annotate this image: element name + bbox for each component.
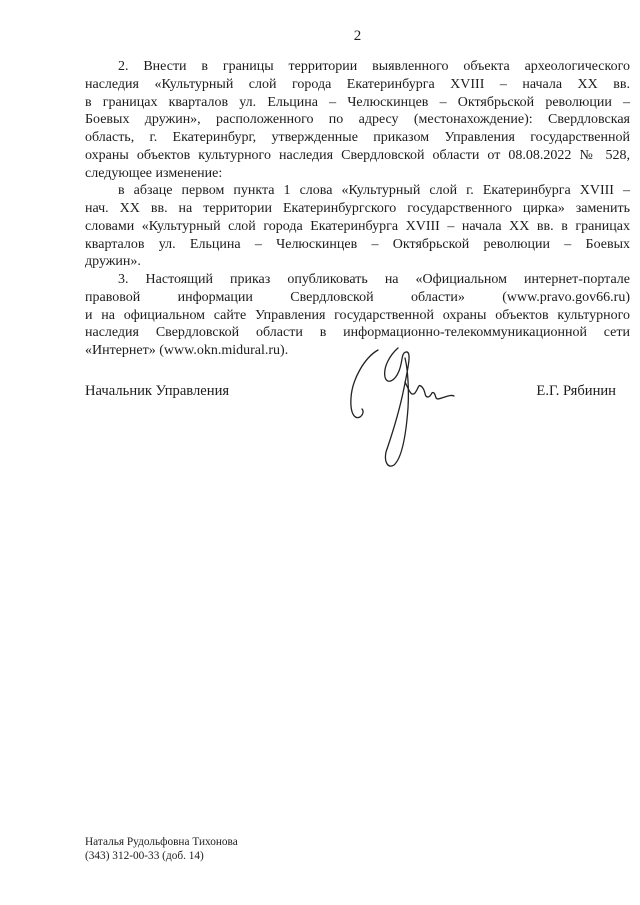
text-line: дружин».	[85, 253, 630, 271]
signatory-title: Начальник Управления	[85, 382, 229, 400]
handwritten-signature-icon	[346, 340, 458, 478]
executor-footer: Наталья Рудольфовна Тихонова (343) 312-0…	[85, 836, 238, 863]
text-line: охраны объектов культурного наследия Све…	[85, 147, 630, 165]
text-line: «Интернет» (www.okn.midural.ru).	[85, 342, 630, 360]
executor-phone: (343) 312-00-33 (доб. 14)	[85, 850, 238, 864]
text-line: следующее изменение:	[85, 165, 630, 183]
paragraph: в абзаце первом пункта 1 слова «Культурн…	[85, 182, 630, 271]
text-line: и на официальном сайте Управления госуда…	[85, 307, 630, 325]
text-line: правовой информации Свердловской области…	[85, 289, 630, 307]
text-line: 2. Внести в границы территории выявленно…	[85, 58, 630, 76]
text-line: кварталов ул. Ельцина – Челюскинцев – Ок…	[85, 236, 630, 254]
paragraph: 3. Настоящий приказ опубликовать на «Офи…	[85, 271, 630, 360]
text-line: наследия Свердловской области в информац…	[85, 324, 630, 342]
signature-stroke-center-loop	[385, 348, 409, 466]
paragraph: 2. Внести в границы территории выявленно…	[85, 58, 630, 182]
signature-row: Начальник Управления Е.Г. Рябинин	[85, 382, 630, 400]
page-number: 2	[85, 27, 630, 45]
text-line: словами «Культурный слой города Екатерин…	[85, 218, 630, 236]
text-line: в абзаце первом пункта 1 слова «Культурн…	[85, 182, 630, 200]
text-line: область, г. Екатеринбург, утвержденные п…	[85, 129, 630, 147]
text-line: Боевых дружин», расположенного по адресу…	[85, 111, 630, 129]
executor-name: Наталья Рудольфовна Тихонова	[85, 836, 238, 850]
signatory-name: Е.Г. Рябинин	[536, 382, 616, 400]
document-page: 2 2. Внести в границы территории выявлен…	[0, 0, 640, 905]
text-line: наследия «Культурный слой города Екатери…	[85, 76, 630, 94]
text-line: в границах кварталов ул. Ельцина – Челюс…	[85, 94, 630, 112]
text-line: нач. XX вв. на территории Екатеринбургск…	[85, 200, 630, 218]
document-body: 2. Внести в границы территории выявленно…	[85, 58, 630, 360]
text-line: 3. Настоящий приказ опубликовать на «Офи…	[85, 271, 630, 289]
